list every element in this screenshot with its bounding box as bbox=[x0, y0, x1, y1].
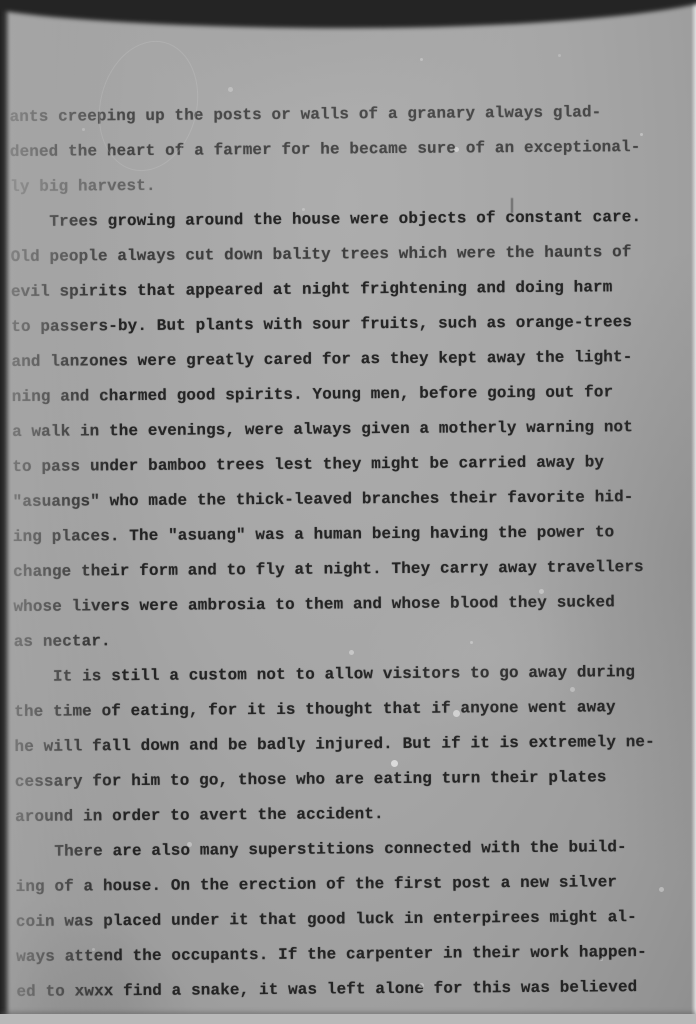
typed-line: a walk in the evenings, were always give… bbox=[12, 410, 684, 450]
typed-line: to passers-by. But plants with sour frui… bbox=[11, 305, 683, 345]
typed-line: "asuangs" who made the thick-leaved bran… bbox=[12, 480, 684, 520]
typed-line: coin was placed under it that good luck … bbox=[16, 900, 688, 940]
typed-line: to pass under bamboo trees lest they mig… bbox=[12, 445, 684, 485]
typed-line: evil spirits that appeared at night frig… bbox=[11, 270, 683, 310]
typed-line: Old people always cut down bality trees … bbox=[11, 235, 683, 275]
typed-line: ning and charmed good spirits. Young men… bbox=[12, 375, 684, 415]
typed-line: and lanzones were greatly cared for as t… bbox=[11, 340, 683, 380]
typed-line: ing places. The "asuang" was a human bei… bbox=[13, 515, 685, 555]
scan-edge-bottom bbox=[0, 1014, 696, 1024]
typed-line: ed to xwxx find a snake, it was left alo… bbox=[16, 970, 688, 1010]
typed-line: There are also many superstitions connec… bbox=[15, 830, 687, 870]
typed-line: It is still a custom not to allow visito… bbox=[14, 655, 686, 695]
typed-line: change their form and to fly at night. T… bbox=[13, 550, 685, 590]
scan-edge-left bbox=[0, 0, 10, 1024]
typed-line: ants creeping up the posts or walls of a… bbox=[9, 95, 681, 135]
typed-line: he will fall down and be badly injured. … bbox=[14, 725, 686, 765]
typed-line: as nectar. bbox=[14, 620, 686, 660]
document-page: -5- ants creeping up the posts or walls … bbox=[0, 0, 696, 1024]
typed-text-body: ants creeping up the posts or walls of a… bbox=[9, 95, 688, 1010]
scan-edge-right bbox=[691, 0, 696, 1024]
typed-line: whose livers were ambrosia to them and w… bbox=[13, 585, 685, 625]
typed-line: ly big harvest. bbox=[10, 165, 682, 205]
typed-line: ing of a house. On the erection of the f… bbox=[15, 865, 687, 905]
typed-line: dened the heart of a farmer for he becam… bbox=[10, 130, 682, 170]
typed-line: ways attend the occupants. If the carpen… bbox=[16, 935, 688, 975]
typed-line: around in order to avert the accident. bbox=[15, 795, 687, 835]
typed-line: cessary for him to go, those who are eat… bbox=[15, 760, 687, 800]
typed-line: Trees growing around the house were obje… bbox=[10, 200, 682, 240]
ink-mark bbox=[511, 198, 513, 213]
scan-edge-top bbox=[0, 0, 696, 28]
typed-line: the time of eating, for it is thought th… bbox=[14, 690, 686, 730]
